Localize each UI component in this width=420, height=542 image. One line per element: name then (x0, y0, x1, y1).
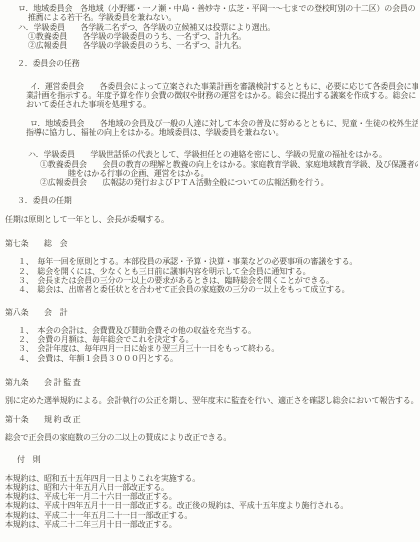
article-heading: 第九条 会 計 監 査 (5, 378, 418, 387)
numbered-item: １、 本会の会計は、会費費及び賛助会費その他の収益を充当する。 (18, 326, 418, 335)
continuation-line: 推薦による若干名。学級委員を兼ねない。 (28, 13, 418, 22)
article-heading: 第七条 総 会 (5, 239, 418, 248)
section-heading: ２．委員会の任務 (17, 59, 418, 68)
numbered-item: １、 毎年一回を原則とする。本部役員の承認・予算・決算・事業などの必要事項の審議… (18, 257, 418, 266)
lettered-item: ハ．学級委員 各学級二名ずつ、各学級の立候補又は投票により選出。 (18, 23, 418, 32)
numbered-item: ２、 会費の月額は、毎年総会でこれを決定する。 (18, 335, 418, 344)
document-page: ロ．地域委員会 各地域（小野郷・一ノ瀬・中島・善妙寺・広芝・平岡一～七までの登校… (0, 0, 420, 542)
section-heading: ３．委員の任期 (17, 196, 418, 205)
sub-item: ①教養委員会 会員の教育の理解と教養の向上をはかる。家庭教育学級、家庭地域教育学… (40, 160, 418, 169)
paragraph: 本規約は、昭和五十五年四月一日よりこれを実施する。 (5, 474, 418, 483)
continuation-line: 指導に協力し、福祉の向上をはかる。地域委員は、学級委員を兼ねない。 (26, 128, 418, 137)
paragraph: 本規約は、平成二十一年五月二十一日一部改正する。 (5, 511, 418, 520)
paragraph: 本規約は、平成十四年五月十一日一部改正する。改正後の規約は、平成十五年度より施行… (5, 501, 418, 510)
numbered-item: ４、 会費は、年額１会員３０００円とする。 (18, 354, 418, 363)
paragraph: 別に定めた選挙規約による。会計執行の公正を期し、翌年度末に監査を行い、適正さを確… (5, 396, 418, 405)
article-heading: 第八条 会 計 (5, 308, 418, 317)
paragraph: 総会で正会員の家庭数の三分の二以上の賛成により改正できる。 (5, 433, 418, 442)
numbered-item: ３、 会計年度は、毎年四月一日に始まり翌三月三十一日をもって終わる。 (18, 344, 418, 353)
lettered-item: ロ．地域委員会 各地域の会員及び一般の人達に対して本会の普及に努めるとともに、児… (30, 119, 418, 128)
sub-item: ①教養委員 各学級の学級委員のうち、一名ずつ、計九名。 (28, 32, 418, 41)
continuation-line: 睦をはかる行事の企画、運営をはかる。 (68, 169, 418, 178)
paragraph: 任期は原則として一年とし、会長が委嘱する。 (5, 215, 418, 224)
paragraph: 本規約は、平成二十二年三月十日一部改正する。 (5, 520, 418, 529)
numbered-item: ２、 総会を開くには、少なくとも三日前に議事内容を明示して全会員に通知する。 (18, 267, 418, 276)
numbered-item: ３、 会長または会員の三分の一以上の要求があるときは、臨時総会を開くことができる… (18, 276, 418, 285)
section-heading: 付 則 (17, 455, 418, 464)
lettered-item: ハ．学級委員 学級世話係の代表として、学級担任との連絡を密にし、学級の児童の福祉… (28, 150, 418, 159)
lettered-item: イ．運営委員会 各委員会によって立案された事業計画を審議検討するとともに、必要に… (30, 82, 418, 91)
continuation-line: おいて委任された事項を処理する。 (26, 100, 418, 109)
paragraph: 本規約は、昭和六十年五月八日一部改正する。 (5, 483, 418, 492)
paragraph: 本規約は、平成七年一月二十六日一部改正する。 (5, 492, 418, 501)
sub-item: ②広報委員 各学級の学級委員のうち、一名ずつ、計九名。 (28, 41, 418, 50)
lettered-item: ロ．地域委員会 各地域（小野郷・一ノ瀬・中島・善妙寺・広芝・平岡一～七までの登校… (18, 4, 418, 13)
article-heading: 第十条 規 約 改 正 (5, 415, 418, 424)
continuation-line: 業計画を指示する。年度予算を作り会費の徴収や財務の運営をはかる。総会に提出する議… (26, 91, 418, 100)
numbered-item: ４、 総会は、出席者と委任状とを合わせて正会員の家庭数の三分の一以上をもって成立… (18, 285, 418, 294)
sub-item: ②広報委員会 広報誌の発行およびＰＴＡ活動全般についての広報活動を行う。 (40, 178, 418, 187)
